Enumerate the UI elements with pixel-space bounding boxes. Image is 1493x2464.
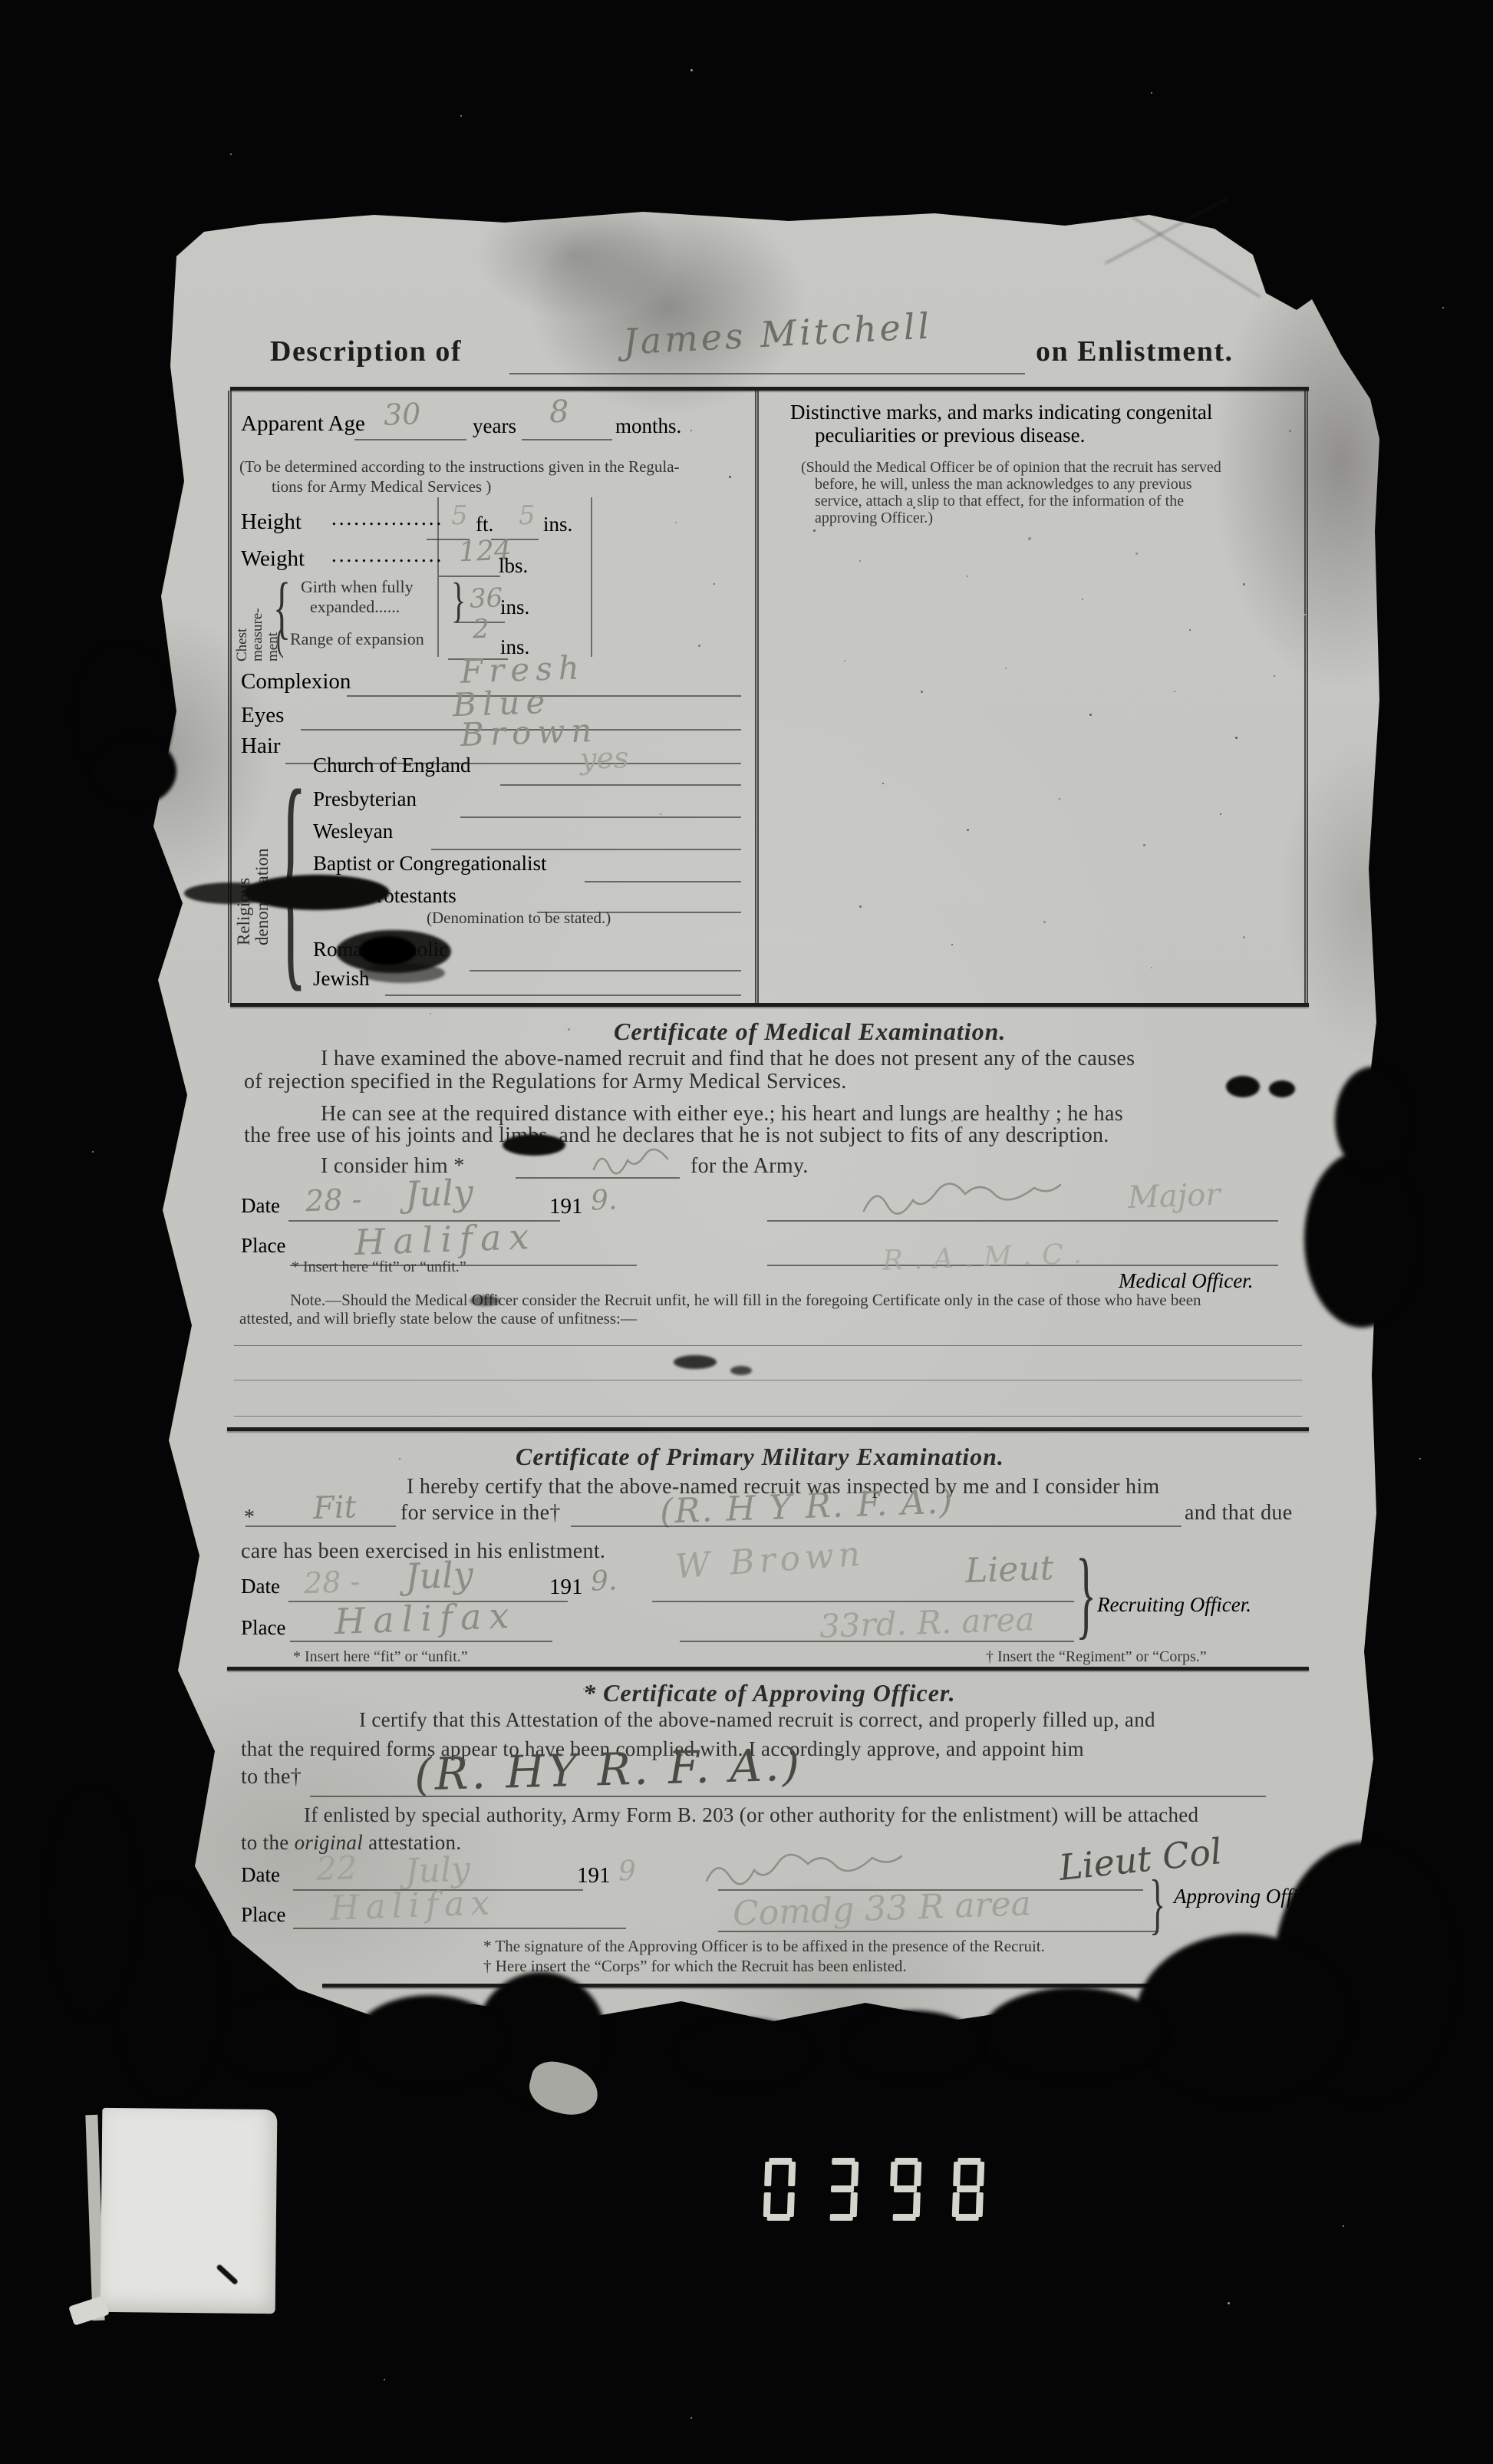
eyes-label: Eyes [241,703,284,728]
paper-speck [1005,668,1007,669]
card-ink-mark [216,2264,239,2285]
denomination-church-of-england: Church of England [313,754,470,777]
apparent-age-label: Apparent Age [241,411,365,437]
edge-tear [1304,1151,1419,1328]
height-ins-value: 5 [518,500,536,532]
ink-blot [184,882,276,904]
paper-speck [844,660,845,661]
edge-tear [215,1995,345,2080]
unfitness-blank-line [234,1416,1302,1417]
paper-speck [859,905,862,908]
dust-speck [1304,614,1306,615]
scanned-document-page: Description of James Mitchell on Enlistm… [0,0,1493,2464]
dust-speck [1442,307,1444,308]
paper-speck [430,1013,431,1014]
distinctive-marks-heading-line1: Distinctive marks, and marks indicating … [790,401,1212,424]
section-rule-approving [227,1667,1309,1671]
denomination-wesleyan: Wesleyan [313,820,393,843]
years-label: years [473,414,516,438]
approving-place-line [293,1928,626,1929]
paper-speck [729,476,731,478]
denomination-line [431,849,741,850]
paper-speck [1243,583,1245,585]
age-years-line [354,439,466,440]
denomination-line [585,881,741,882]
distinctive-marks-heading-line2: peculiarities or previous disease. [815,424,1085,447]
dust-speck [690,2417,692,2419]
medical-para2-line2: the free use of his joints and limbs, an… [244,1123,1109,1148]
primary-place-label: Place [241,1616,285,1640]
approving-place-value: Halifax [329,1883,496,1928]
approving-place-label: Place [241,1903,285,1927]
box-divider [755,391,759,1003]
primary-officer-label: Recruiting Officer. [1097,1593,1251,1617]
primary-date-day: 28 - [303,1565,361,1601]
medical-place-label: Place [241,1234,285,1258]
title-prefix: Description of [270,335,462,368]
seven-segment-digit [952,2158,985,2221]
paper-speck [1274,675,1275,677]
dust-speck [460,115,462,117]
paper-speck [1089,714,1092,716]
medical-title: Certificate of Medical Examination. [614,1018,1006,1046]
edge-tear [982,1987,1166,2080]
paper-speck [913,506,915,509]
medical-year-written: 9. [590,1184,618,1216]
denomination-line [460,816,741,818]
paper-speck [1235,737,1238,739]
paper-speck [399,1458,400,1460]
approving-year-written: 9 [618,1855,636,1888]
medical-para1-line2: of rejection specified in the Regulation… [244,1070,847,1094]
weight-line [439,576,500,577]
medical-date-month: July [404,1171,474,1215]
approving-brace: } [1149,1871,1165,1938]
section-rule-top [230,387,1309,391]
ins-label: ins. [543,513,572,536]
paper-speck [921,691,923,693]
chest-side-label-line1: Chest [234,628,250,661]
paper-speck [660,813,661,815]
medical-year-printed: 191 [549,1194,583,1219]
title-suffix: on Enlistment. [1036,335,1233,368]
hair-value: Brown [460,711,598,754]
section-rule-primary [227,1427,1309,1431]
distinctive-marks-note-line3: service, attach a slip to that effect, f… [815,493,1184,510]
denomination-note: (Denomination to be stated.) [427,909,611,928]
primary-rank-written: Lieut [964,1549,1054,1591]
seven-segment-digit [763,2158,796,2221]
distinctive-marks-note-line2: before, he will, unless the man acknowle… [815,476,1192,493]
medical-fit-footnote: * Insert here “fit” or “unfit.” [292,1258,466,1276]
primary-fit-line [246,1526,396,1527]
girth-unit: ins. [500,595,529,619]
ink-blot [1226,1076,1260,1097]
paper-speck [1220,813,1221,815]
ink-speck [674,1355,717,1369]
paper-speck [951,1120,953,1122]
age-years-value: 30 [383,397,421,432]
paper-speck [322,583,324,585]
paper-speck [1174,691,1175,692]
lbs-label: lbs. [499,554,528,578]
ink-blot [503,1134,565,1156]
dust-speck [384,2379,385,2380]
seven-segment-digit [889,2158,922,2221]
primary-fit-footnote: * Insert here “fit” or “unfit.” [293,1648,468,1666]
medical-officer-label: Medical Officer. [1119,1269,1253,1293]
section-rule-bottom [322,1984,1182,1987]
primary-service-label: for service in the† [400,1501,561,1526]
seven-segment-digit [826,2158,859,2221]
section-rule-medical [230,1003,1309,1007]
age-months-value: 8 [549,394,569,430]
approving-date-day: 22 [315,1849,358,1888]
ink-speck [730,1366,752,1375]
paper-speck [967,829,969,831]
paper-speck [1135,553,1138,555]
medical-signature-scrawl [859,1182,1112,1220]
reference-card [101,2108,278,2314]
dust-speck [690,69,693,71]
primary-brace: } [1076,1545,1096,1644]
card-corner-scrap [68,2295,110,2326]
approving-para1-line1: I certify that this Attestation of the a… [359,1708,1155,1732]
paper-speck [583,1688,585,1690]
dust-speck [1151,92,1152,94]
primary-year-printed: 191 [549,1575,583,1600]
paper-speck [568,1028,570,1031]
medical-consider-scrawl [591,1146,675,1177]
denomination-line [470,970,741,971]
range-value: 2 [472,614,489,645]
ink-blot [359,936,416,965]
box-border-left [228,391,232,1003]
girth-label-line1: Girth when fully [301,577,414,597]
paper-speck [1151,967,1152,968]
age-months-line [522,439,612,440]
months-label: months. [615,414,681,438]
dust-speck [1343,2225,1344,2227]
edge-tear [353,1995,506,2087]
height-label: Height [241,510,302,535]
paper-speck [1143,844,1145,846]
primary-date-month: July [404,1553,474,1597]
age-note-line2: tions for Army Medical Services ) [272,477,491,496]
complexion-label: Complexion [241,669,351,694]
paper-speck [714,583,715,585]
photo-frame-counter [764,2158,1017,2222]
paper-speck [859,560,861,562]
medical-place-value: Halifax [354,1216,537,1263]
primary-regiment-footnote: † Insert the “Regiment” or “Corps.” [986,1648,1207,1666]
medical-note-line1: Note.—Should the Medical Officer conside… [290,1291,1201,1310]
paper-speck [698,645,700,647]
title-underline [509,373,1025,374]
weight-dots: ............... [331,543,443,567]
paper-speck [882,783,884,784]
dust-speck [92,1151,94,1153]
girth-label-line2: expanded...... [310,597,400,617]
paper-speck [1059,798,1060,800]
approving-title: * Certificate of Approving Officer. [583,1679,956,1707]
medical-date-day: 28 - [305,1183,362,1219]
church-of-england-value: yes [579,741,629,776]
approving-corps-written: (R. HY R. F. A.) [414,1738,803,1800]
chest-brace-right: } [451,576,466,625]
religion-side-label: Religious denomination [235,792,272,945]
approving-signature-scrawl [702,1853,955,1892]
edge-tear [675,2018,813,2087]
denomination-baptist: Baptist or Congregationalist [313,852,546,876]
medical-note-line2: attested, and will briefly state below t… [239,1309,637,1328]
measure-col-line-right [591,497,592,657]
box-border-right [1304,391,1308,1003]
primary-corps-line [571,1526,1182,1527]
approving-command-line [718,1931,1158,1932]
edge-tear [844,2010,982,2080]
primary-due-label: and that due [1185,1501,1292,1526]
denomination-line [385,995,741,996]
denomination-presbyterian: Presbyterian [313,787,417,811]
ink-smudge [361,963,445,983]
approving-footnote1: * The signature of the Approving Officer… [483,1937,1045,1956]
primary-date-label: Date [241,1575,280,1598]
paper-speck [1289,430,1291,432]
chest-side-label-line2: measure- [249,608,265,661]
medical-consider-suffix: for the Army. [690,1154,809,1179]
approving-to-the: to the† [241,1765,302,1789]
edge-tear [1135,1934,1350,2103]
height-dots: ............... [331,506,443,530]
medical-para1-line1: I have examined the above-named recruit … [321,1047,1135,1071]
distinctive-marks-note-line4: approving Officer.) [815,510,933,527]
range-brace: ( [276,623,284,658]
paper-speck [967,576,968,577]
edge-tear [92,737,176,806]
primary-year-written: 9. [590,1565,618,1597]
unfitness-blank-line [234,1345,1302,1346]
paper-speck [1189,629,1191,631]
approving-corps-line [310,1796,1266,1797]
age-note-line1: (To be determined according to the instr… [239,457,680,477]
dust-speck [230,153,232,155]
girth-value: 36 [469,582,503,614]
paper-speck [1043,921,1046,923]
approving-date-label: Date [241,1863,280,1887]
primary-area-line [680,1641,1074,1642]
edge-tear [46,1788,138,2018]
paper-speck [1028,1719,1030,1721]
paper-speck [690,430,692,431]
ft-label: ft. [476,513,493,536]
primary-title: Certificate of Primary Military Examinat… [516,1443,1004,1471]
ink-speck [470,1295,500,1306]
dust-speck [1419,1458,1421,1460]
denomination-line [500,784,741,786]
primary-fit-value: Fit [312,1489,357,1526]
paper-speck [1243,936,1245,938]
edge-tear [1335,1067,1412,1174]
primary-place-line [290,1641,552,1642]
medical-consider-line [516,1177,680,1179]
dust-speck [1228,2302,1230,2304]
paper-speck [1082,599,1083,600]
primary-area-written: 33rd. R. area [819,1600,1035,1645]
medical-signature-line [767,1220,1278,1222]
unfitness-blank-line [234,1380,1302,1380]
approving-year-printed: 191 [577,1863,611,1888]
approving-para2-line1: If enlisted by special authority, Army F… [304,1803,1198,1827]
paper-speck [675,522,677,523]
approving-para2-pre: to the [241,1831,289,1854]
distinctive-marks-note-line1: (Should the Medical Officer be of opinio… [801,459,1221,477]
medical-officer-rank-written: Major [1127,1177,1221,1216]
paper-speck [1028,537,1031,540]
paper-speck [813,529,816,532]
height-ft-value: 5 [450,500,468,532]
weight-label: Weight [241,546,305,572]
ink-blot [1269,1080,1295,1097]
range-label: Range of expansion [290,629,424,649]
medical-date-label: Date [241,1194,280,1218]
primary-place-value: Halifax [334,1595,517,1642]
paper-speck [951,944,953,945]
